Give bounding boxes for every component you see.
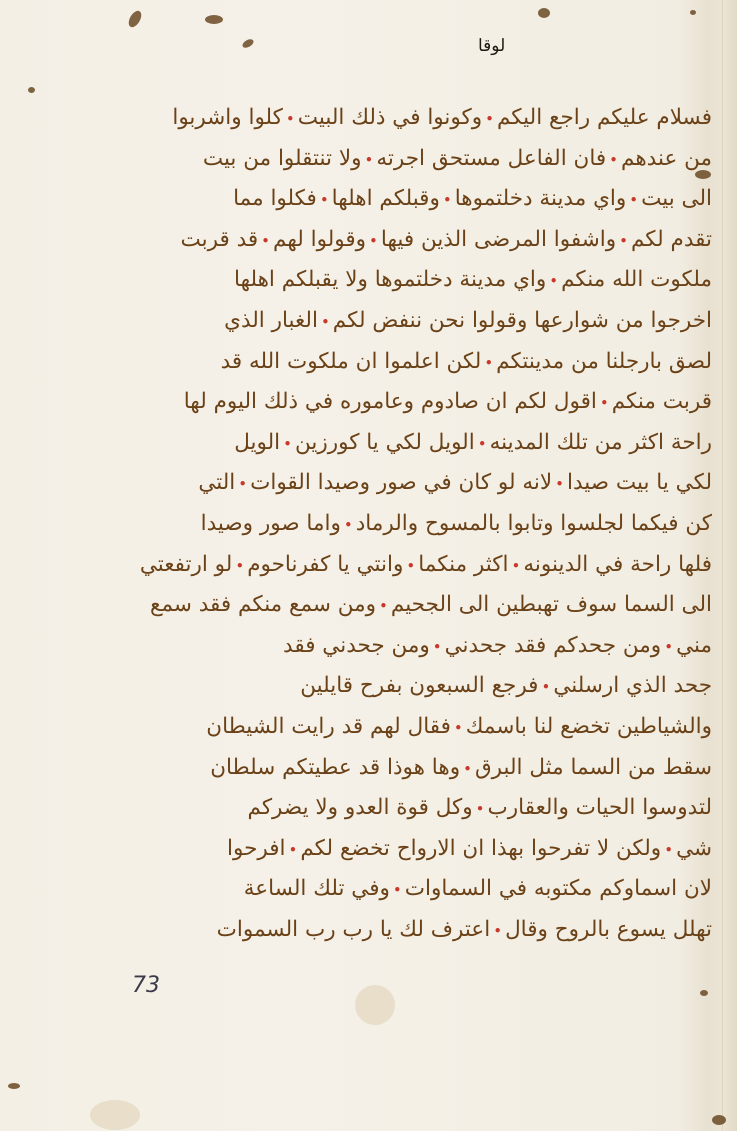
text-segment: وكل قوة العدو ولا يضركم xyxy=(248,795,473,820)
wormhole-spot xyxy=(8,1083,20,1089)
text-segment: ولكن لا تفرحوا بهذا ان الارواح تخضع لكم xyxy=(300,836,661,861)
text-segment: قد قربت xyxy=(181,227,259,252)
text-segment: والشياطين تخضع لنا باسمك xyxy=(466,714,712,739)
text-segment: فكلوا مما xyxy=(233,186,317,211)
text-line: لتدوسوا الحيات والعقارب•وكل قوة العدو ول… xyxy=(160,788,712,829)
text-segment: فقال لهم قد رايت الشيطان xyxy=(206,714,451,739)
text-line: فلها راحة في الدينونه•اكثر منكما•وانتي ي… xyxy=(160,545,712,586)
manuscript-page: لوقا فسلام عليكم راجع اليكم•وكونوا في ذل… xyxy=(0,0,737,1131)
rubric-mark-icon: • xyxy=(318,313,333,331)
rubric-mark-icon: • xyxy=(390,881,405,899)
text-segment: الويل لكي يا كورزين xyxy=(295,430,475,455)
manuscript-text: فسلام عليكم راجع اليكم•وكونوا في ذلك الب… xyxy=(160,98,712,950)
rubric-mark-icon: • xyxy=(317,191,332,209)
text-segment: ملكوت الله منكم xyxy=(561,267,712,292)
wormhole-spot xyxy=(712,1115,726,1125)
text-segment: مني xyxy=(676,633,712,658)
text-segment: الغبار الذي xyxy=(224,308,318,333)
text-line: كن فيكما لجلسوا وتابوا بالمسوح والرماد•و… xyxy=(160,504,712,545)
rubric-mark-icon: • xyxy=(440,191,455,209)
text-line: لان اسماوكم مكتوبه في السماوات•وفي تلك ا… xyxy=(160,869,712,910)
text-segment: اكثر منكما xyxy=(418,552,508,577)
text-line: قربت منكم•اقول لكم ان صادوم وعاموره في ذ… xyxy=(160,382,712,423)
rubric-mark-icon: • xyxy=(546,272,561,290)
wormhole-spot xyxy=(700,990,708,996)
rubric-mark-icon: • xyxy=(258,232,273,250)
rubric-mark-icon: • xyxy=(509,557,524,575)
wormhole-spot xyxy=(28,87,35,93)
wormhole-spot xyxy=(241,37,255,49)
text-line: والشياطين تخضع لنا باسمك•فقال لهم قد راي… xyxy=(160,707,712,748)
rubric-mark-icon: • xyxy=(475,435,490,453)
text-line: شي•ولكن لا تفرحوا بهذا ان الارواح تخضع ل… xyxy=(160,829,712,870)
text-segment: كلوا واشربوا xyxy=(172,105,283,130)
text-segment: جحد الذي ارسلني xyxy=(553,673,712,698)
text-line: راحة اكثر من تلك المدينه•الويل لكي يا كو… xyxy=(160,423,712,464)
text-segment: فلها راحة في الدينونه xyxy=(523,552,712,577)
paper-stain xyxy=(90,1100,140,1130)
text-line: لكي يا بيت صيدا•لانه لو كان في صور وصيدا… xyxy=(160,463,712,504)
rubric-mark-icon: • xyxy=(661,841,676,859)
rubric-mark-icon: • xyxy=(232,557,247,575)
text-segment: فسلام عليكم راجع اليكم xyxy=(497,105,712,130)
rubric-mark-icon: • xyxy=(597,394,612,412)
text-segment: اخرجوا من شوارعها وقولوا نحن ننفض لكم xyxy=(333,308,712,333)
text-segment: لان اسماوكم مكتوبه في السماوات xyxy=(405,876,712,901)
text-segment: ولا تنتقلوا من بيت xyxy=(203,146,362,171)
text-segment: افرحوا xyxy=(227,836,286,861)
rubric-mark-icon: • xyxy=(430,638,445,656)
wormhole-spot xyxy=(205,15,223,24)
rubric-mark-icon: • xyxy=(403,557,418,575)
text-segment: اعترف لك يا رب رب السموات xyxy=(217,917,491,942)
text-segment: الى بيت xyxy=(641,186,712,211)
folio-number: 73 xyxy=(132,973,160,998)
text-segment: ومن سمع منكم فقد سمع xyxy=(150,592,376,617)
text-segment: واشفوا المرضى الذين فيها xyxy=(381,227,616,252)
text-line: ملكوت الله منكم•واي مدينة دخلتموها ولا ي… xyxy=(160,260,712,301)
rubric-mark-icon: • xyxy=(451,719,466,737)
wormhole-spot xyxy=(126,9,144,30)
text-segment: تقدم لكم xyxy=(631,227,712,252)
text-line: الى بيت•واي مدينة دخلتموها•وقبلكم اهلها•… xyxy=(160,179,712,220)
page-edge xyxy=(722,0,737,1131)
text-segment: من عندهم xyxy=(621,146,712,171)
running-header: لوقا xyxy=(478,36,505,56)
text-segment: ومن جحدني فقد xyxy=(283,633,430,658)
rubric-mark-icon: • xyxy=(552,475,567,493)
text-segment: الى السما سوف تهبطين الى الجحيم xyxy=(391,592,712,617)
rubric-mark-icon: • xyxy=(280,435,295,453)
text-segment: لانه لو كان في صور وصيدا القوات xyxy=(250,470,552,495)
rubric-mark-icon: • xyxy=(481,354,496,372)
text-line: مني•ومن جحدكم فقد جحدني•ومن جحدني فقد xyxy=(160,626,712,667)
rubric-mark-icon: • xyxy=(235,475,250,493)
text-line: جحد الذي ارسلني•فرجع السبعون بفرح قايلين xyxy=(160,666,712,707)
text-segment: تهلل يسوع بالروح وقال xyxy=(505,917,712,942)
rubric-mark-icon: • xyxy=(490,922,505,940)
text-line: فسلام عليكم راجع اليكم•وكونوا في ذلك الب… xyxy=(160,98,712,139)
text-segment: وقولوا لهم xyxy=(273,227,366,252)
rubric-mark-icon: • xyxy=(473,800,488,818)
text-segment: لو ارتفعتي xyxy=(140,552,233,577)
rubric-mark-icon: • xyxy=(341,516,356,534)
rubric-mark-icon: • xyxy=(283,110,298,128)
text-segment: اقول لكم ان صادوم وعاموره في ذلك اليوم ل… xyxy=(184,389,597,414)
text-segment: واي مدينة دخلتموها ولا يقبلكم اهلها xyxy=(234,267,546,292)
text-segment: قربت منكم xyxy=(612,389,712,414)
text-line: تهلل يسوع بالروح وقال•اعترف لك يا رب رب … xyxy=(160,910,712,951)
text-segment: فان الفاعل مستحق اجرته xyxy=(376,146,606,171)
text-segment: راحة اكثر من تلك المدينه xyxy=(490,430,712,455)
rubric-mark-icon: • xyxy=(626,191,641,209)
text-segment: واما صور وصيدا xyxy=(201,511,341,536)
text-segment: سقط من السما مثل البرق xyxy=(475,755,712,780)
rubric-mark-icon: • xyxy=(460,760,475,778)
text-segment: وفي تلك الساعة xyxy=(244,876,390,901)
text-segment: وانتي يا كفرناحوم xyxy=(247,552,403,577)
text-segment: الويل xyxy=(234,430,280,455)
text-line: من عندهم•فان الفاعل مستحق اجرته•ولا تنتق… xyxy=(160,139,712,180)
paper-stain xyxy=(355,985,395,1025)
rubric-mark-icon: • xyxy=(361,151,376,169)
text-line: لصق بارجلنا من مدينتكم•لكن اعلموا ان ملك… xyxy=(160,342,712,383)
text-segment: لكن اعلموا ان ملكوت الله قد xyxy=(221,349,482,374)
rubric-mark-icon: • xyxy=(616,232,631,250)
text-line: تقدم لكم•واشفوا المرضى الذين فيها•وقولوا… xyxy=(160,220,712,261)
text-segment: وقبلكم اهلها xyxy=(332,186,440,211)
text-segment: وها هوذا قد عطيتكم سلطان xyxy=(210,755,460,780)
text-segment: ومن جحدكم فقد جحدني xyxy=(445,633,662,658)
rubric-mark-icon: • xyxy=(376,597,391,615)
text-line: اخرجوا من شوارعها وقولوا نحن ننفض لكم•ال… xyxy=(160,301,712,342)
text-segment: واي مدينة دخلتموها xyxy=(455,186,627,211)
text-segment: لكي يا بيت صيدا xyxy=(567,470,712,495)
text-line: سقط من السما مثل البرق•وها هوذا قد عطيتك… xyxy=(160,748,712,789)
text-segment: وكونوا في ذلك البيت xyxy=(298,105,482,130)
wormhole-spot xyxy=(690,10,696,15)
rubric-mark-icon: • xyxy=(538,678,553,696)
rubric-mark-icon: • xyxy=(286,841,301,859)
rubric-mark-icon: • xyxy=(606,151,621,169)
rubric-mark-icon: • xyxy=(366,232,381,250)
text-segment: فرجع السبعون بفرح قايلين xyxy=(300,673,538,698)
wormhole-spot xyxy=(538,8,550,18)
text-segment: التي xyxy=(198,470,235,495)
text-segment: شي xyxy=(676,836,712,861)
text-segment: كن فيكما لجلسوا وتابوا بالمسوح والرماد xyxy=(356,511,712,536)
text-segment: لتدوسوا الحيات والعقارب xyxy=(488,795,712,820)
rubric-mark-icon: • xyxy=(482,110,497,128)
text-segment: لصق بارجلنا من مدينتكم xyxy=(496,349,712,374)
rubric-mark-icon: • xyxy=(661,638,676,656)
text-line: الى السما سوف تهبطين الى الجحيم•ومن سمع … xyxy=(160,585,712,626)
